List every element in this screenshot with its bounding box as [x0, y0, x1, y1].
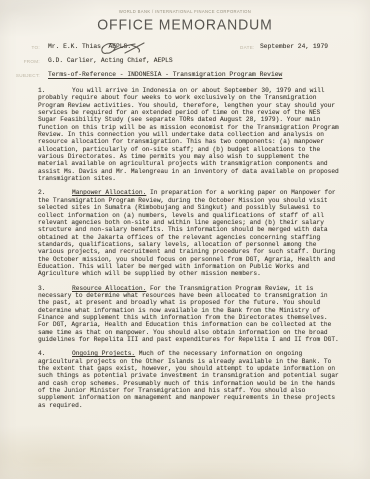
memo-paragraph: 3.Resource Allocation. For the Transmigr… [38, 285, 339, 344]
memo-paragraph: 1.You will arrive in Indonesia on or abo… [38, 87, 339, 182]
paragraph-number: 4. [38, 350, 72, 357]
paragraph-number: 1. [38, 87, 72, 94]
letterhead-org-line: WORLD BANK / INTERNATIONAL FINANCE CORPO… [0, 9, 370, 14]
paragraph-heading: Resource Allocation. [72, 285, 146, 292]
memo-paragraph: 2.Manpower Allocation. In preparation fo… [38, 189, 339, 277]
memo-title: OFFICE MEMORANDUM [0, 16, 370, 33]
to-label: TO: [24, 45, 40, 50]
subject-value: Terms-of-Reference - INDONESIA - Transmi… [48, 71, 282, 78]
date-value: September 24, 1979 [260, 43, 328, 50]
paragraph-heading: Manpower Allocation. [72, 189, 146, 196]
memo-paragraph: 4.Ongoing Projects. Much of the necessar… [38, 350, 339, 409]
memo-body: 1.You will arrive in Indonesia on or abo… [38, 87, 339, 416]
signature-scribble [98, 40, 156, 59]
from-label: FROM: [16, 59, 40, 64]
memo-page: WORLD BANK / INTERNATIONAL FINANCE CORPO… [0, 0, 370, 479]
paragraph-number: 3. [38, 285, 72, 292]
date-label: DATE: [240, 45, 255, 50]
paragraph-number: 2. [38, 189, 72, 196]
paragraph-heading: Ongoing Projects. [72, 350, 135, 357]
subject-label: SUBJECT: [8, 73, 40, 78]
